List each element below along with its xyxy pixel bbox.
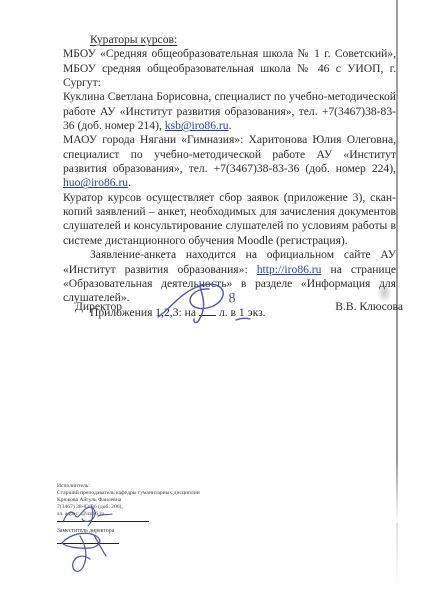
paragraph-curator-duties: Куратор курсов осуществляет сбор заявок …: [63, 191, 396, 248]
director-signature: [142, 279, 260, 327]
kharitonova-text: МАОУ города Нягани «Гимназия»: Харитонов…: [63, 133, 396, 175]
scan-edge-line: [396, 0, 398, 523]
executor-signature-icon: [58, 502, 116, 529]
section-heading-text: Кураторы курсов:: [90, 33, 177, 46]
paragraph-kuklina: Куклина Светлана Борисовна, специалист п…: [63, 90, 396, 133]
kharitonova-period: .: [128, 176, 131, 189]
deputy-signature: [50, 526, 132, 576]
executor-label: Исполнитель:: [57, 483, 227, 490]
email-link-ksb[interactable]: ksb@iro86.ru: [165, 119, 229, 132]
director-signature-icon: [142, 279, 260, 327]
paragraph-kharitonova: МАОУ города Нягани «Гимназия»: Харитонов…: [63, 133, 396, 190]
site-link-iro86[interactable]: http://iro86.ru: [257, 263, 322, 276]
executor-signature: [58, 502, 116, 529]
schools-text: МБОУ «Средняя общеобразовательная школа …: [63, 47, 396, 89]
letter-body: Кураторы курсов: МБОУ «Средняя общеобраз…: [63, 33, 396, 320]
curator-duties-text: Куратор курсов осуществляет сбор заявок …: [63, 191, 396, 247]
scan-edge-line-fade: [396, 523, 398, 591]
deputy-signature-icon: [50, 526, 132, 576]
paragraph-schools: МБОУ «Средняя общеобразовательная школа …: [63, 47, 396, 90]
director-title: Директор: [63, 300, 122, 313]
executor-position: Старший преподаватель кафедры гуманитарн…: [57, 490, 227, 497]
scanned-letter-page: Кураторы курсов: МБОУ «Средняя общеобраз…: [0, 0, 424, 599]
kuklina-period: .: [229, 119, 232, 132]
director-name: В.В. Клюсова: [335, 300, 403, 313]
section-heading: Кураторы курсов:: [63, 33, 396, 47]
email-link-huo[interactable]: huo@iro86.ru: [63, 176, 128, 189]
